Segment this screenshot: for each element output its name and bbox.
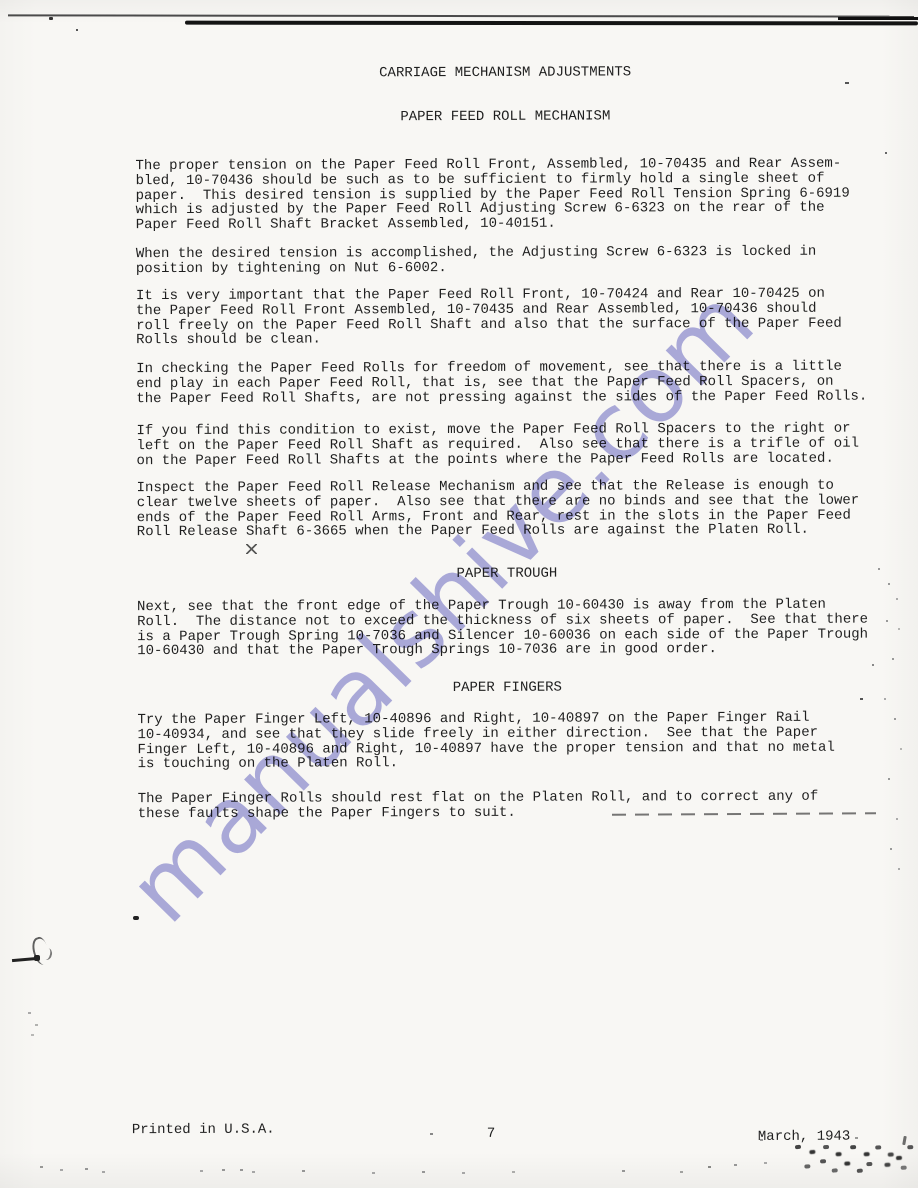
- text-line: roll freely on the Paper Feed Roll Shaft…: [136, 316, 896, 333]
- paragraph: Inspect the Paper Feed Roll Release Mech…: [137, 478, 897, 540]
- text-line: When the desired tension is accomplished…: [136, 244, 896, 261]
- paragraph: When the desired tension is accomplished…: [136, 244, 896, 276]
- section-heading-paper-fingers: PAPER FINGERS: [137, 680, 877, 698]
- text-line: The Paper Finger Rolls should rest flat …: [138, 789, 898, 806]
- text-line: Paper Feed Roll Shaft Bracket Assembled,…: [136, 216, 896, 233]
- text-line: the Paper Feed Roll Shafts, are not pres…: [136, 389, 896, 406]
- page-number: 7: [487, 1126, 495, 1142]
- paragraph: Next, see that the front edge of the Pap…: [137, 597, 897, 659]
- paragraph: If you find this condition to exist, mov…: [136, 421, 896, 468]
- scanned-page: CARRIAGE MECHANISM ADJUSTMENTS PAPER FEE…: [0, 0, 918, 1188]
- paragraph: The proper tension on the Paper Feed Rol…: [135, 156, 895, 233]
- section-heading-paper-trough: PAPER TROUGH: [137, 566, 877, 584]
- footer-printed-in: Printed in U.S.A.: [132, 1122, 275, 1138]
- paragraph: The Paper Finger Rolls should rest flat …: [138, 789, 898, 821]
- paragraph: In checking the Paper Feed Rolls for fre…: [136, 359, 896, 406]
- text-line: Roll Release Shaft 6-3665 when the Paper…: [137, 523, 897, 540]
- paragraph: It is very important that the Paper Feed…: [136, 286, 896, 348]
- text-line: Rolls should be clean.: [136, 331, 896, 348]
- text-line: 10-60430 and that the Paper Trough Sprin…: [137, 642, 897, 659]
- text-line: these faults shape the Paper Fingers to …: [138, 804, 898, 821]
- text-line: is touching on the Platen Roll.: [138, 755, 898, 772]
- text-line: position by tightening on Nut 6-6002.: [136, 259, 896, 276]
- typewritten-content: CARRIAGE MECHANISM ADJUSTMENTS PAPER FEE…: [0, 0, 918, 1188]
- section-heading-paper-feed-roll-mechanism: PAPER FEED ROLL MECHANISM: [135, 109, 875, 127]
- text-line: on the Paper Feed Roll Shafts at the poi…: [137, 451, 897, 468]
- footer-date: March, 1943: [758, 1129, 850, 1145]
- document-title: CARRIAGE MECHANISM ADJUSTMENTS: [135, 65, 875, 83]
- text-line: Finger Left, 10-40896 and Right, 10-4089…: [138, 740, 898, 757]
- paragraph: Try the Paper Finger Left, 10-40896 and …: [137, 710, 897, 772]
